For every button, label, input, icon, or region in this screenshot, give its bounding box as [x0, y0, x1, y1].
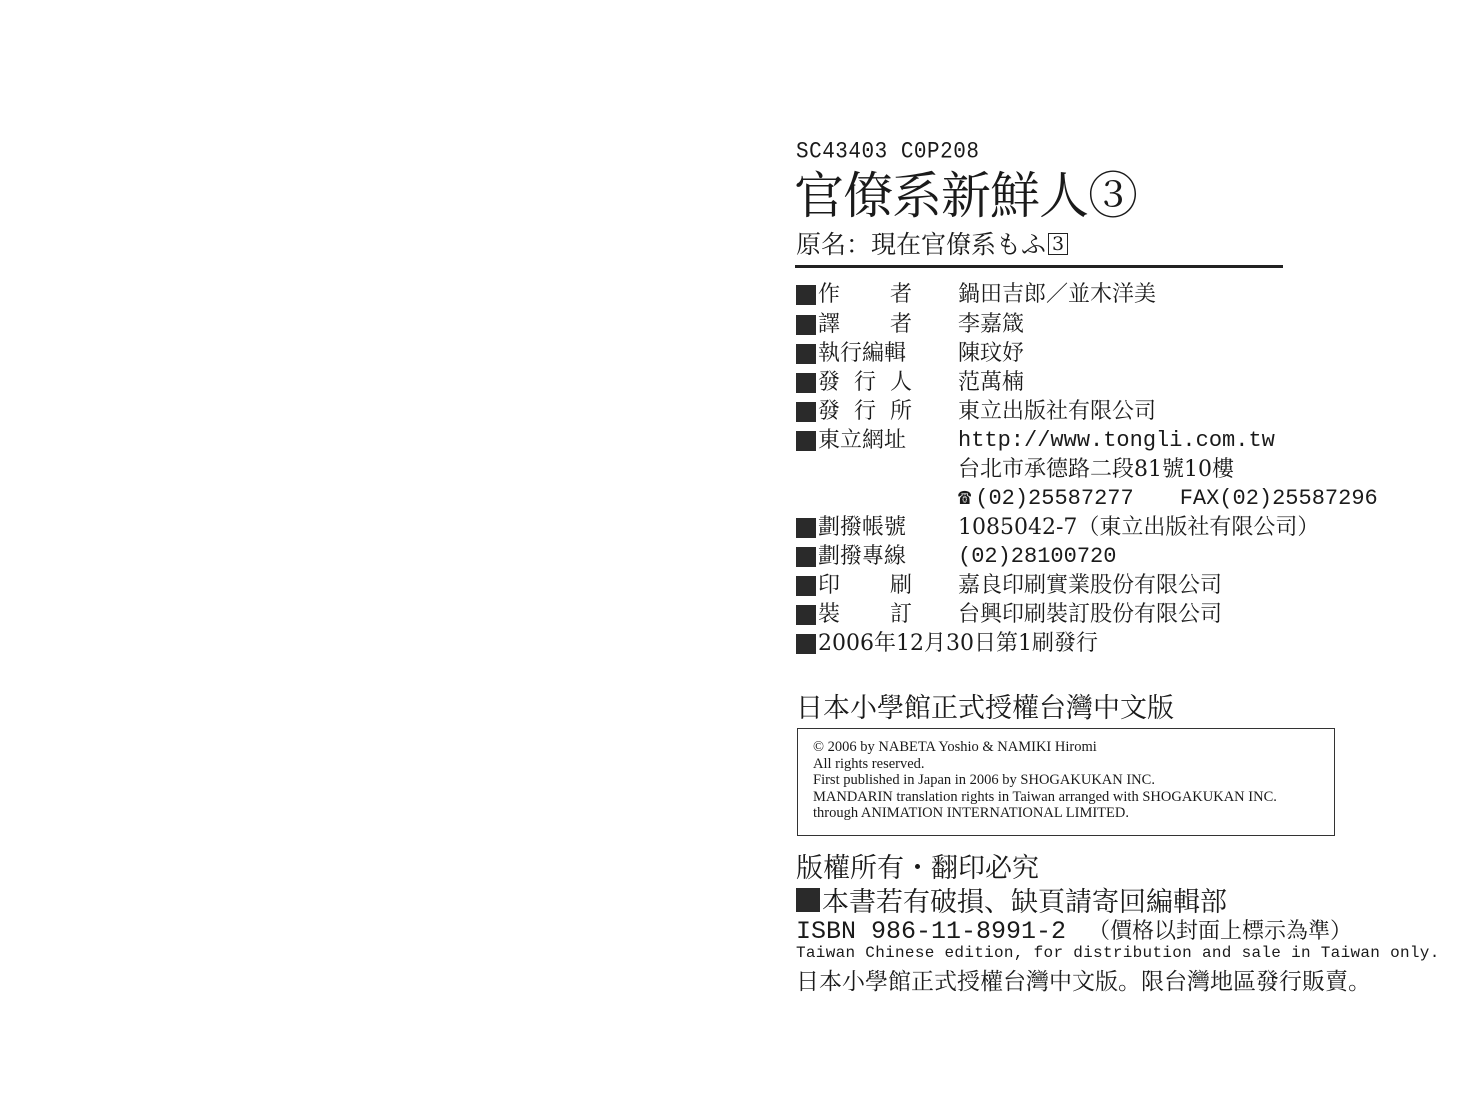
english-distribution-note: Taiwan Chinese edition, for distribution…	[796, 944, 1440, 962]
isbn-line: ISBN 986-11-8991-2（價格以封面上標示為準）	[796, 914, 1352, 946]
info-label: 裝訂	[818, 600, 912, 629]
copyright-line: © 2006 by NABETA Yoshio & NAMIKI Hiromi	[813, 739, 1277, 756]
info-value: 陳玟妤	[958, 339, 1024, 368]
info-value: 鍋田吉郎／並木洋美	[958, 280, 1156, 309]
phone-number: (02)25587277	[975, 486, 1133, 511]
info-label: 劃撥專線	[818, 542, 912, 571]
info-label: 譯者	[818, 310, 912, 339]
telephone-icon: ☎	[958, 484, 971, 513]
info-label: 發行所	[818, 397, 912, 426]
info-value: 東立出版社有限公司	[958, 397, 1156, 426]
bullet-square-icon	[796, 518, 816, 538]
original-title: 原名：現在官僚系もふ3	[796, 230, 1068, 260]
info-label: 作者	[818, 280, 912, 309]
bullet-square-icon	[796, 605, 816, 625]
info-label: 東立網址	[818, 426, 912, 455]
fax-number: FAX(02)25587296	[1180, 486, 1378, 511]
bullet-square-icon	[796, 344, 816, 364]
info-value: (02)28100720	[958, 542, 1116, 571]
copyright-line: All rights reserved.	[813, 756, 1277, 773]
contact-line: ☎(02)25587277FAX(02)25587296	[958, 484, 1378, 513]
volume-box: 3	[1048, 233, 1068, 255]
bullet-square-icon	[796, 285, 816, 305]
info-label: 發行人	[818, 368, 912, 397]
bullet-square-icon	[796, 315, 816, 335]
info-label: 印刷	[818, 571, 912, 600]
bullet-square-icon	[796, 431, 816, 451]
info-value: 李嘉箴	[958, 310, 1024, 339]
info-value: 1085042-7（東立出版社有限公司）	[958, 513, 1319, 542]
bullet-square-icon	[796, 576, 816, 596]
info-label: 劃撥帳號	[818, 513, 912, 542]
book-title: 官僚系新鮮人③	[794, 166, 1137, 226]
info-label: 執行編輯	[818, 339, 912, 368]
info-value: 台興印刷裝訂股份有限公司	[958, 600, 1222, 629]
original-title-text: 原名：現在官僚系もふ	[796, 230, 1046, 259]
license-heading: 日本小學館正式授權台灣中文版	[796, 686, 1174, 725]
website-link[interactable]: http://www.tongli.com.tw	[958, 426, 1275, 455]
copyright-line: through ANIMATION INTERNATIONAL LIMITED.	[813, 805, 1277, 822]
title-divider	[795, 265, 1283, 268]
final-license-note: 日本小學館正式授權台灣中文版。限台灣地區發行販賣。	[796, 963, 1371, 996]
copyright-line: MANDARIN translation rights in Taiwan ar…	[813, 789, 1277, 806]
bullet-square-icon	[796, 888, 820, 912]
info-row-publish-date: 2006年12月30日第1刷發行	[796, 629, 1098, 658]
price-note: （價格以封面上標示為準）	[1088, 919, 1352, 944]
bullet-square-icon	[796, 373, 816, 393]
product-code: SC43403 C0P208	[796, 140, 979, 165]
bullet-square-icon	[796, 634, 816, 654]
isbn: ISBN 986-11-8991-2	[796, 917, 1066, 946]
publish-date: 2006年12月30日第1刷發行	[818, 629, 1098, 658]
copyright-box: © 2006 by NABETA Yoshio & NAMIKI Hiromi …	[797, 728, 1335, 836]
copyright-line: First published in Japan in 2006 by SHOG…	[813, 772, 1277, 789]
info-value: 范萬楠	[958, 368, 1024, 397]
address: 台北市承德路二段81號10樓	[958, 455, 1234, 484]
bullet-square-icon	[796, 547, 816, 567]
info-value: 嘉良印刷實業股份有限公司	[958, 571, 1222, 600]
bullet-square-icon	[796, 402, 816, 422]
